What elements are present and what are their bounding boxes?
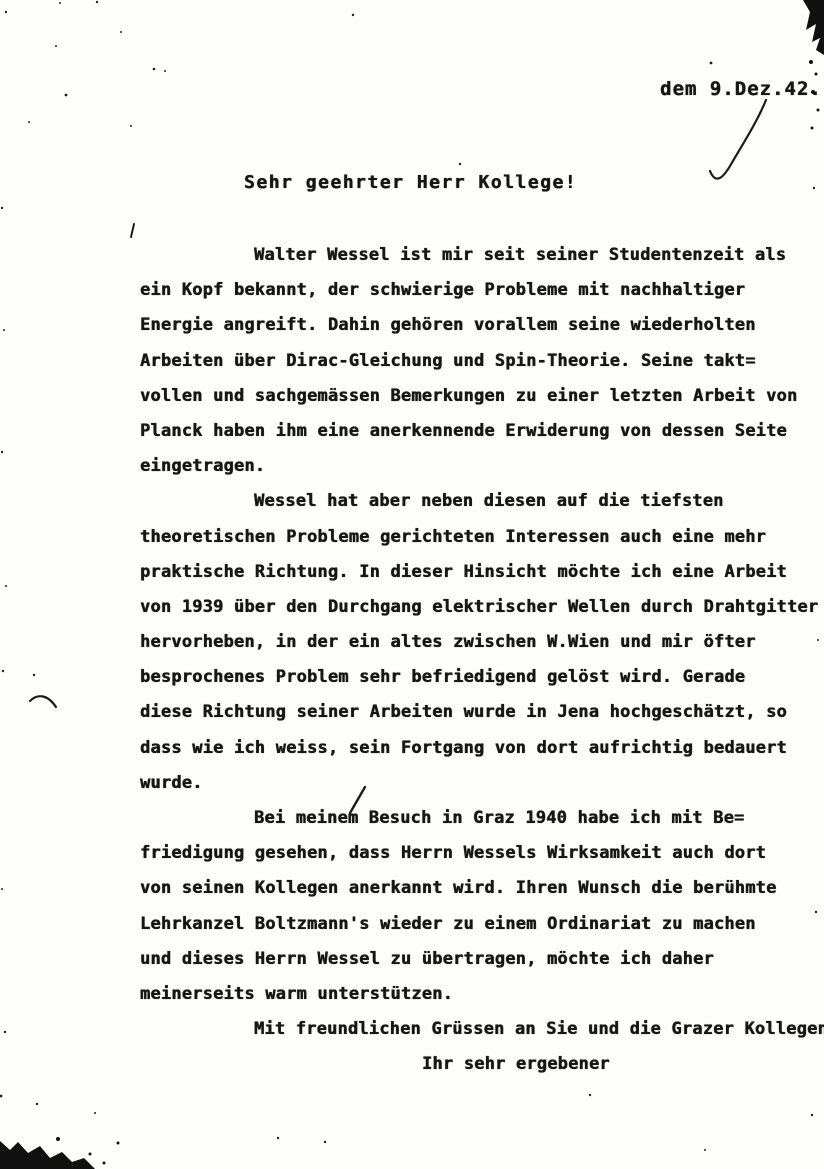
letter-line: diese Richtung seiner Arbeiten wurde in … <box>140 695 824 730</box>
letter-line: eingetragen. <box>140 449 824 484</box>
letter-line: Lehrkanzel Boltzmann's wieder zu einem O… <box>140 907 824 942</box>
ink-speck-icon <box>103 1162 106 1165</box>
letter-line: Arbeiten über Dirac-Gleichung und Spin-T… <box>140 344 824 379</box>
letter-line: von seinen Kollegen anerkannt wird. Ihre… <box>140 871 824 906</box>
letter-line: praktische Richtung. In dieser Hinsicht … <box>140 555 824 590</box>
letter-line: dass wie ich weiss, sein Fortgang von do… <box>140 731 824 766</box>
letter-line: Energie angreift. Dahin gehören vorallem… <box>140 308 824 343</box>
ink-speck-icon <box>815 73 818 76</box>
stray-mark-icon <box>131 224 134 237</box>
letter-line: Bei meinem Besuch in Graz 1940 habe ich … <box>140 801 824 836</box>
letter-line: theoretischen Probleme gerichteten Inter… <box>140 520 824 555</box>
ink-speck-icon <box>817 109 820 112</box>
ink-speck-icon <box>56 1137 60 1141</box>
ink-blot-bottom-left-icon <box>0 1141 95 1169</box>
letter-line: Planck haben ihm eine anerkennende Erwid… <box>140 414 824 449</box>
ink-speck-icon <box>89 1153 92 1156</box>
scanned-letter-page: dem 9.Dez.42. Sehr geehrter Herr Kollege… <box>0 0 824 1169</box>
pen-stroke-below-date-icon <box>710 100 766 179</box>
letter-line: wurde. <box>140 766 824 801</box>
ink-blot-top-right-icon <box>803 0 824 55</box>
letter-line: ein Kopf bekannt, der schwierige Problem… <box>140 273 824 308</box>
letter-line: Ihr sehr ergebener <box>140 1047 824 1082</box>
letter-line: und dieses Herrn Wessel zu übertragen, m… <box>140 942 824 977</box>
letter-line: hervorheben, in der ein altes zwischen W… <box>140 625 824 660</box>
salutation: Sehr geehrter Herr Kollege! <box>244 172 577 193</box>
letter-line: friedigung gesehen, dass Herrn Wessels W… <box>140 836 824 871</box>
date-line: dem 9.Dez.42. <box>660 78 822 100</box>
letter-line: vollen und sachgemässen Bemerkungen zu e… <box>140 379 824 414</box>
letter-body: Walter Wessel ist mir seit seiner Studen… <box>140 238 824 1083</box>
letter-line: von 1939 über den Durchgang elektrischer… <box>140 590 824 625</box>
ink-speck-icon <box>811 127 814 130</box>
letter-line: Wessel hat aber neben diesen auf die tie… <box>140 484 824 519</box>
pen-squiggle-left-margin-icon <box>30 696 56 707</box>
ink-speck-icon <box>809 60 813 64</box>
ink-speck-icon <box>117 1142 120 1145</box>
letter-line: Walter Wessel ist mir seit seiner Studen… <box>140 238 824 273</box>
letter-line: besprochenes Problem sehr befriedigend g… <box>140 660 824 695</box>
letter-line: meinerseits warm unterstützen. <box>140 977 824 1012</box>
letter-line: Mit freundlichen Grüssen an Sie und die … <box>140 1012 824 1047</box>
